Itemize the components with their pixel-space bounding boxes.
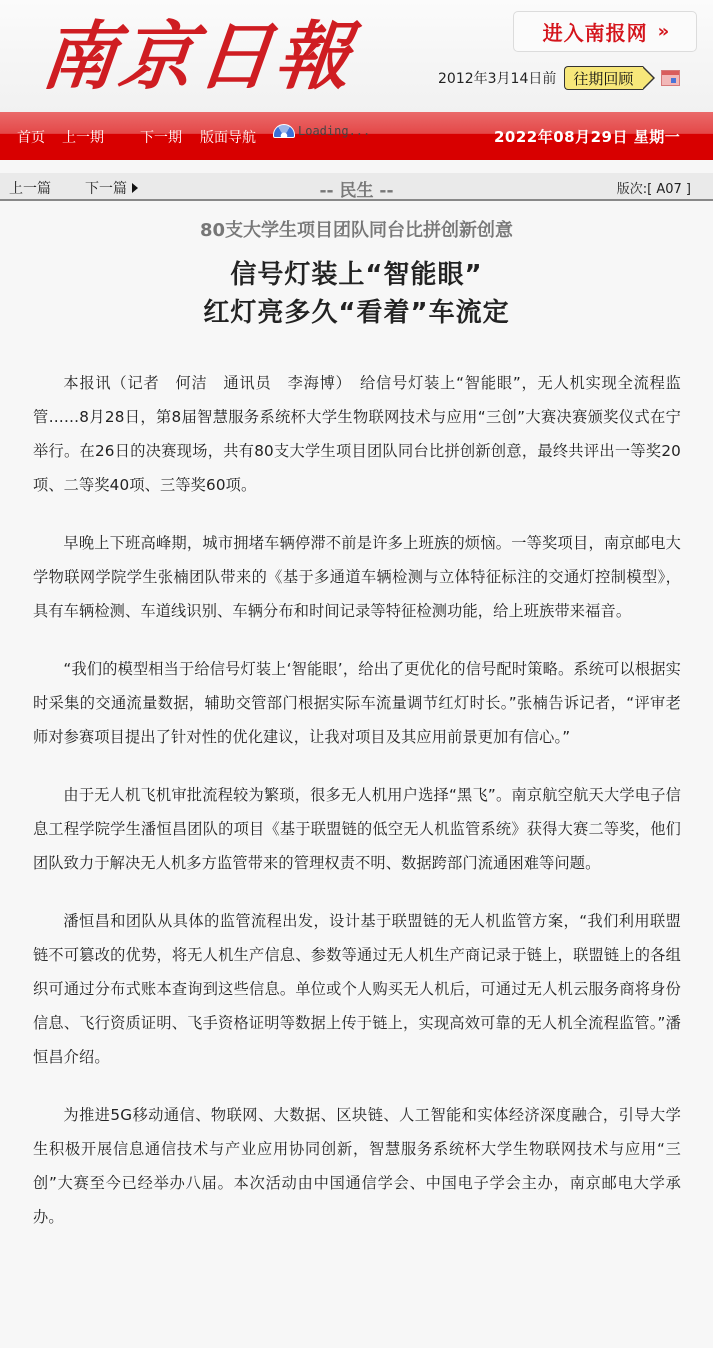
next-article-label: 下一篇 <box>85 178 127 198</box>
calendar-icon[interactable] <box>661 70 680 86</box>
loading-indicator: Loading... <box>273 124 370 138</box>
article-paragraph: 本报讯（记者 何洁 通讯员 李海博） 给信号灯装上“智能眼”，无人机实现全流程监… <box>33 366 681 502</box>
article-paragraph: 早晚上下班高峰期，城市拥堵车辆停滞不前是许多上班族的烦恼。一等奖项目，南京邮电大… <box>33 526 681 628</box>
logo-char: 南 <box>38 20 118 94</box>
page-number: 版次:[ A07 ] <box>617 178 691 197</box>
article-title-line-1: 信号灯装上“智能眼” <box>0 254 713 291</box>
enter-nanbao-site-button[interactable]: 进入南报网 » <box>513 11 697 52</box>
archive-date-text: 2012年3月14日前 <box>438 68 556 88</box>
article-title-line-2: 红灯亮多久“看着”车流定 <box>0 292 713 329</box>
loading-text: Loading... <box>298 124 370 138</box>
article-toolbar: -- 民生 -- 上一篇 下一篇 版次:[ A07 ] <box>0 173 713 201</box>
nanjing-daily-logo[interactable]: 南 京 日 報 <box>42 2 348 112</box>
main-navbar: 首页 上一期 下一期 版面导航 Loading... 2022年08月29日 星… <box>0 112 713 160</box>
logo-char: 京 <box>116 20 196 94</box>
article-body: 本报讯（记者 何洁 通讯员 李海博） 给信号灯装上“智能眼”，无人机实现全流程监… <box>33 366 681 1258</box>
article-paragraph: “我们的模型相当于给信号灯装上‘智能眼’，给出了更优化的信号配时策略。系统可以根… <box>33 652 681 754</box>
logo-char: 報 <box>272 20 352 94</box>
next-article-link[interactable]: 下一篇 <box>85 178 138 198</box>
logo-char: 日 <box>194 20 274 94</box>
masthead: 南 京 日 報 进入南报网 » 2012年3月14日前 往期回顾 <box>0 0 713 112</box>
enter-site-label: 进入南报网 <box>543 17 648 46</box>
double-chevron-right-icon: » <box>658 21 668 42</box>
loading-spinner-icon <box>273 124 295 138</box>
article-paragraph: 潘恒昌和团队从具体的监管流程出发，设计基于联盟链的无人机监管方案，“我们利用联盟… <box>33 904 681 1074</box>
past-issues-label: 往期回顾 <box>573 68 633 89</box>
nav-page-navigation-link[interactable]: 版面导航 <box>200 127 256 147</box>
article-subtitle: 80支大学生项目团队同台比拼创新创意 <box>0 216 713 242</box>
past-issues-button[interactable]: 往期回顾 <box>564 66 643 90</box>
triangle-right-icon <box>132 183 138 193</box>
nav-home-link[interactable]: 首页 <box>17 127 45 147</box>
nav-next-issue-link[interactable]: 下一期 <box>140 127 182 147</box>
issue-date: 2022年08月29日 星期一 <box>494 126 680 147</box>
archive-row: 2012年3月14日前 往期回顾 <box>438 65 680 91</box>
previous-article-link[interactable]: 上一篇 <box>9 178 51 198</box>
article-paragraph: 由于无人机飞机审批流程较为繁琐，很多无人机用户选择“黑飞”。南京航空航天大学电子… <box>33 778 681 880</box>
article-paragraph: 为推进5G移动通信、物联网、大数据、区块链、人工智能和实体经济深度融合，引导大学… <box>33 1098 681 1234</box>
nav-previous-issue-link[interactable]: 上一期 <box>62 127 104 147</box>
